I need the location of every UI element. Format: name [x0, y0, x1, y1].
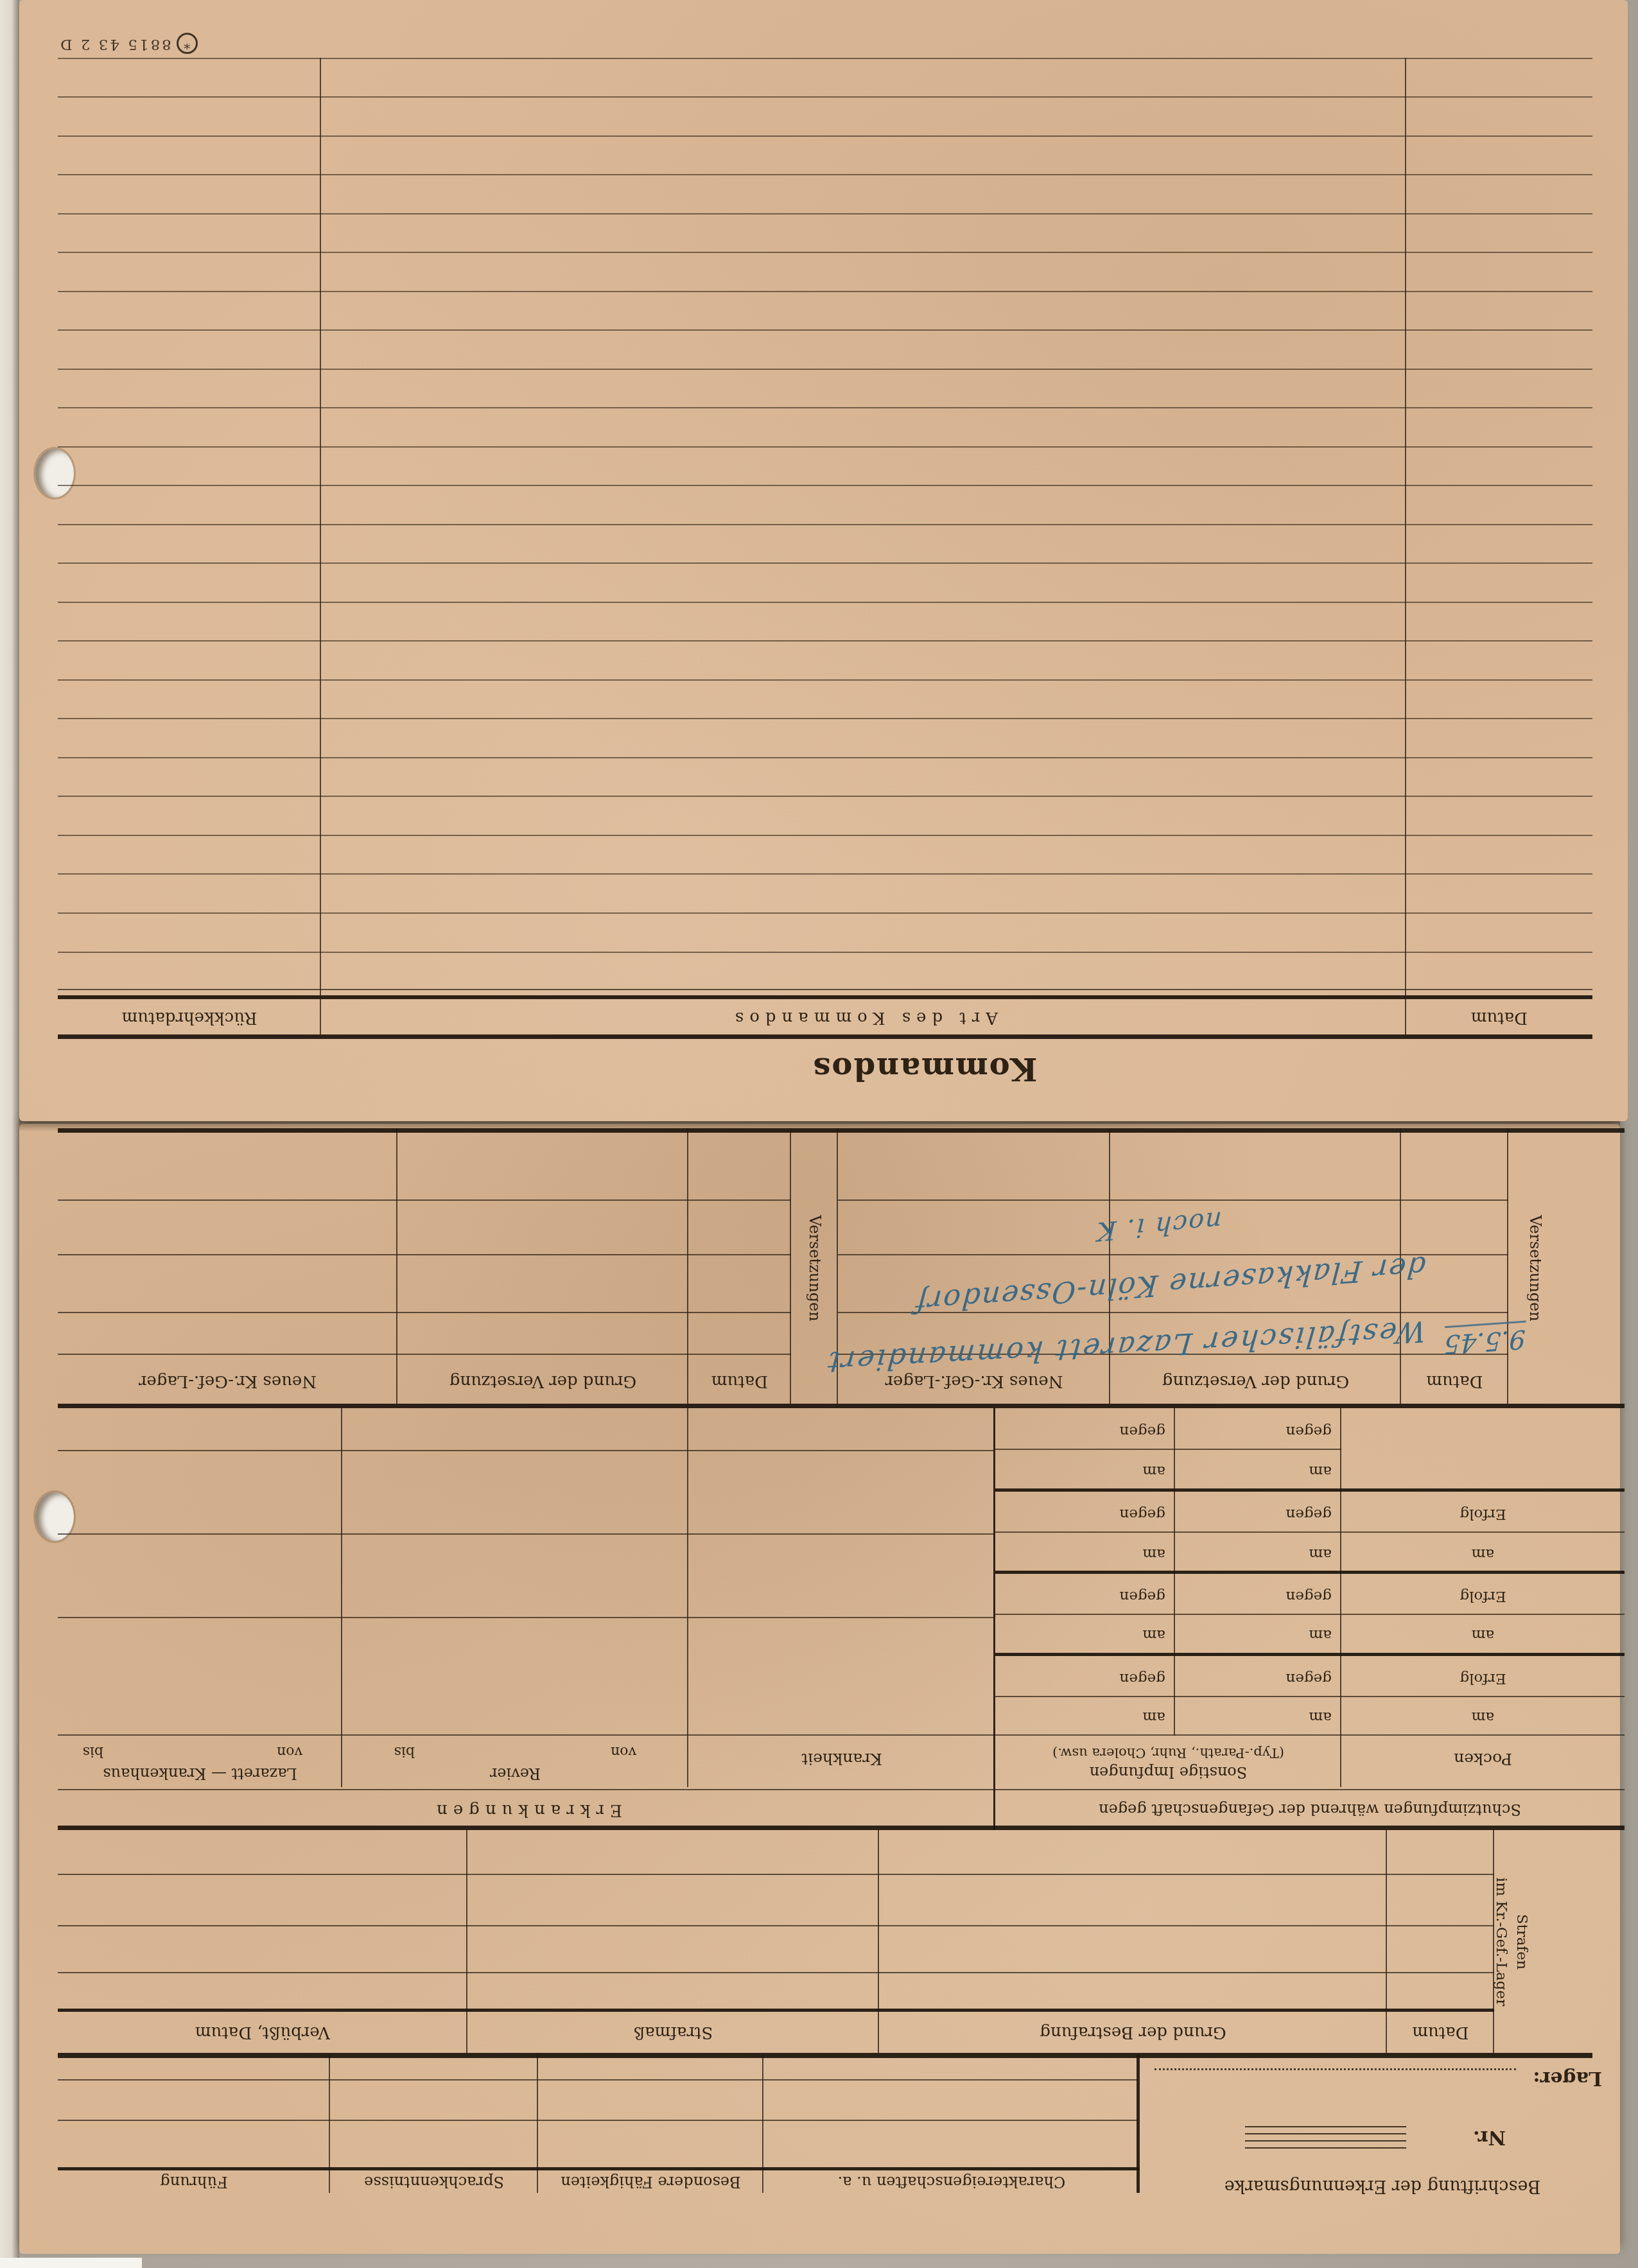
grid-line [58, 2009, 1494, 2012]
section-border [58, 2053, 1592, 2058]
pocken-label: Pocken [1341, 1750, 1625, 1768]
grid-line [995, 1696, 1625, 1697]
versetzungen-col-datum: Datum [688, 1372, 791, 1391]
sonstige-gegen: gegen [1120, 1423, 1165, 1440]
strafen-col-grund: Grund der Bestrafung [879, 2023, 1387, 2042]
scanned-document: Beschriftung der Erkennungsmarke Nr. Lag… [0, 0, 1638, 2268]
grid-line [1137, 2055, 1140, 2193]
erkrankungen-title: Erkrankungen [58, 1801, 995, 1820]
sonstige-gegen: gegen [1286, 1670, 1332, 1687]
lazarett-label: Lazarett — Krankenhaus [58, 1765, 342, 1783]
grid-line [1493, 1830, 1494, 2053]
scanner-strip [0, 0, 19, 2268]
grid-line [58, 2167, 1140, 2170]
scanner-corner [0, 2258, 142, 2268]
pocken-am: am [1341, 1627, 1625, 1643]
col-besondere-faehigkeiten: Besondere Fähigkeiten [541, 2173, 761, 2191]
section-border [58, 1826, 1625, 1830]
strafen-col-verbuesst: Verbüßt, Datum [58, 2023, 467, 2042]
sonstige-gegen: gegen [1286, 1588, 1332, 1605]
handwritten-date: 9.5.45 [1443, 1320, 1526, 1359]
grid-line [466, 1830, 467, 2053]
versetzungen-col-datum: Datum [1401, 1372, 1508, 1391]
grid-line [1405, 58, 1406, 1039]
grid-line [995, 1614, 1625, 1615]
grid-line [58, 2079, 1140, 2080]
pocken-erfolg: Erfolg [1341, 1506, 1625, 1522]
col-fuehrung: Führung [60, 2173, 327, 2191]
sonstige-impfungen-label: Sonstige Impfungen [995, 1763, 1341, 1781]
grid-line [537, 2055, 538, 2193]
col-charaktereigenschaften: Charaktereigenschaften u. a. [770, 2173, 1133, 2191]
grid-line [329, 2055, 330, 2193]
grid-line [58, 1312, 791, 1313]
sonstige-am: am [1309, 1546, 1332, 1562]
nr-label: Nr. [1473, 2126, 1506, 2149]
grid-line [995, 1488, 1625, 1492]
grid-line [58, 1874, 1494, 1875]
kommandos-col-art: Art des Kommandos [321, 1008, 1406, 1027]
grid-line [995, 1571, 1625, 1574]
kommandos-col-datum: Datum [1406, 1008, 1592, 1027]
grid-line [320, 58, 321, 1039]
grid-line [58, 1199, 791, 1201]
erkennungsmarke-label: Beschriftung der Erkennungsmarke [1190, 2176, 1575, 2196]
versetzungen-label-text: Versetzungen [1526, 1215, 1544, 1322]
grid-line [790, 1128, 791, 1408]
strafen-col-datum: Datum [1387, 2023, 1494, 2042]
sonstige-impfungen-sublabel: (Typ.-Parath., Ruhr, Cholera usw.) [995, 1745, 1341, 1761]
pocken-am: am [1341, 1709, 1625, 1725]
revier-von-label: von [611, 1743, 636, 1759]
sonstige-am: am [1309, 1709, 1332, 1725]
revier-label: Revier [342, 1765, 688, 1783]
print-code-text: 8815 43 2 D [58, 36, 171, 53]
grid-line [995, 1653, 1625, 1656]
sonstige-am: am [1309, 1463, 1332, 1479]
grid-line [341, 1408, 342, 1787]
grid-line [58, 1034, 1592, 1039]
impfungen-title: Schutzimpfungen während der Gefangenscha… [995, 1801, 1625, 1819]
sonstige-am: am [1142, 1463, 1165, 1479]
grid-line [58, 2120, 1140, 2121]
lazarett-bis-label: bis [83, 1743, 103, 1759]
sonstige-am: am [1142, 1709, 1165, 1725]
grid-line [762, 2055, 763, 2193]
versetzungen-col-grund: Grund der Versetzung [397, 1372, 688, 1391]
versetzungen-label-text: Versetzungen [806, 1215, 824, 1322]
versetzungen-col-neues: Neues Kr.-Gef.-Lager [58, 1372, 397, 1391]
kommandos-title: Kommandos [764, 1051, 1085, 1086]
sonstige-gegen: gegen [1120, 1670, 1165, 1687]
grid-line [58, 1533, 995, 1535]
pocken-erfolg: Erfolg [1341, 1588, 1625, 1605]
revier-bis-label: bis [394, 1743, 415, 1759]
grid-line [687, 1408, 688, 1787]
grid-line [58, 1617, 995, 1618]
sonstige-gegen: gegen [1286, 1423, 1332, 1440]
grid-line [58, 1254, 791, 1255]
pocken-erfolg: Erfolg [1341, 1670, 1625, 1687]
sonstige-gegen: gegen [1286, 1506, 1332, 1522]
upside-down-scan-wrapper: Beschriftung der Erkennungsmarke Nr. Lag… [0, 0, 1638, 2268]
krankheit-label: Krankheit [688, 1750, 995, 1768]
sonstige-gegen: gegen [1120, 1588, 1165, 1605]
lager-label: Lager: [1533, 2067, 1602, 2089]
grid-line [993, 1408, 995, 1830]
grid-line [58, 1972, 1494, 1973]
sonstige-gegen: gegen [1120, 1506, 1165, 1522]
versetzungen-col-grund: Grund der Versetzung [1110, 1372, 1401, 1391]
print-code: *8815 43 2 D [58, 33, 251, 54]
kommandos-col-rueckkehr: Rückkehrdatum [58, 1008, 321, 1027]
strafen-label-line1: Strafen [1512, 1878, 1532, 2006]
grid-line [396, 1128, 397, 1408]
grid-line [58, 995, 1592, 999]
nr-ruled-lines [1245, 2122, 1406, 2149]
grid-line [1109, 1128, 1110, 1408]
grid-line [995, 1449, 1341, 1450]
strafen-col-strafmass: Strafmaß [467, 2023, 879, 2042]
lager-dotted-line [1154, 2068, 1516, 2089]
grid-line [58, 1450, 995, 1451]
grid-line [687, 1128, 688, 1408]
grid-line [1386, 1830, 1387, 2053]
grid-line [878, 1830, 879, 2053]
sonstige-am: am [1142, 1627, 1165, 1643]
sonstige-am: am [1309, 1627, 1332, 1643]
grid-line [995, 1531, 1625, 1533]
sonstige-am: am [1142, 1546, 1165, 1562]
col-sprachkenntnisse: Sprachkenntnisse [333, 2173, 536, 2191]
grid-line [1507, 1128, 1508, 1408]
grid-line [58, 1734, 1625, 1736]
kommandos-ruled-rows [58, 58, 1592, 990]
grid-line [58, 1789, 1625, 1790]
grid-line [838, 1199, 1508, 1201]
lazarett-von-label: von [277, 1743, 302, 1759]
pocken-am: am [1341, 1546, 1625, 1562]
section-border [58, 1404, 1625, 1408]
grid-line [58, 1354, 791, 1355]
grid-line [58, 1925, 1494, 1926]
printer-mark-icon: * [177, 33, 198, 54]
